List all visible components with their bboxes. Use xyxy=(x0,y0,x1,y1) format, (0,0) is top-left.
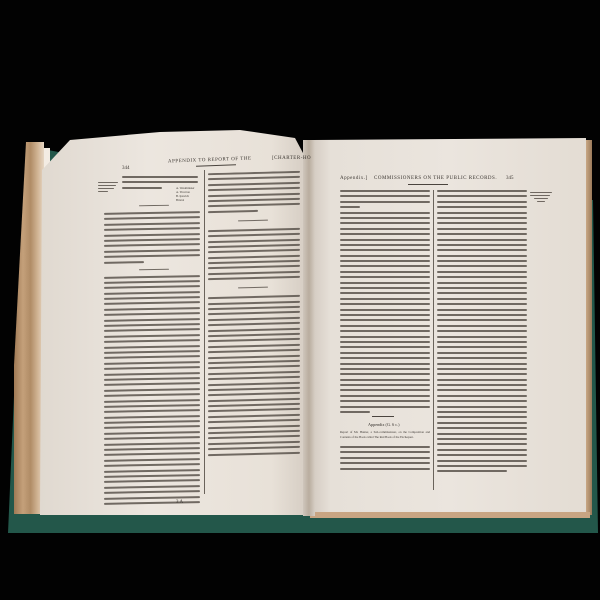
signatory: Bristol xyxy=(176,198,200,202)
right-page-edge xyxy=(586,140,592,515)
left-page-number: 344 xyxy=(122,166,130,171)
right-running-head: Commissioners on the Public Records. xyxy=(374,176,497,181)
left-page-column-1 xyxy=(104,204,200,506)
section-rule xyxy=(372,416,394,417)
photo-scene: 344 Appendix to Report of the [Charter-h… xyxy=(0,0,600,600)
report-intro xyxy=(340,446,430,476)
left-page-column-2 xyxy=(208,171,300,495)
left-intro-signatories: A. Westminster A. Tiverton B. Ipswich Br… xyxy=(176,186,200,202)
page-stack-fore-edge xyxy=(14,142,44,514)
right-running-head-left: Appendix.] xyxy=(340,176,368,181)
right-page-column-2 xyxy=(437,190,527,490)
left-column-divider xyxy=(204,170,205,494)
right-margin-note xyxy=(530,192,554,204)
book-gutter xyxy=(303,140,315,516)
left-running-head-right: [Charter-ho xyxy=(272,156,311,161)
right-page-bottom-edge xyxy=(310,512,590,518)
head-rule xyxy=(408,184,448,185)
left-page-signature: 3 A xyxy=(176,500,183,505)
right-page-number: 345 xyxy=(506,176,514,181)
report-title: Report of Mr. Hunter, a Sub-commissioner… xyxy=(340,430,430,442)
appendix-subheading: Appendix (G. 6 c.) xyxy=(368,422,400,427)
right-column-divider xyxy=(433,190,434,490)
left-margin-note xyxy=(98,182,120,194)
